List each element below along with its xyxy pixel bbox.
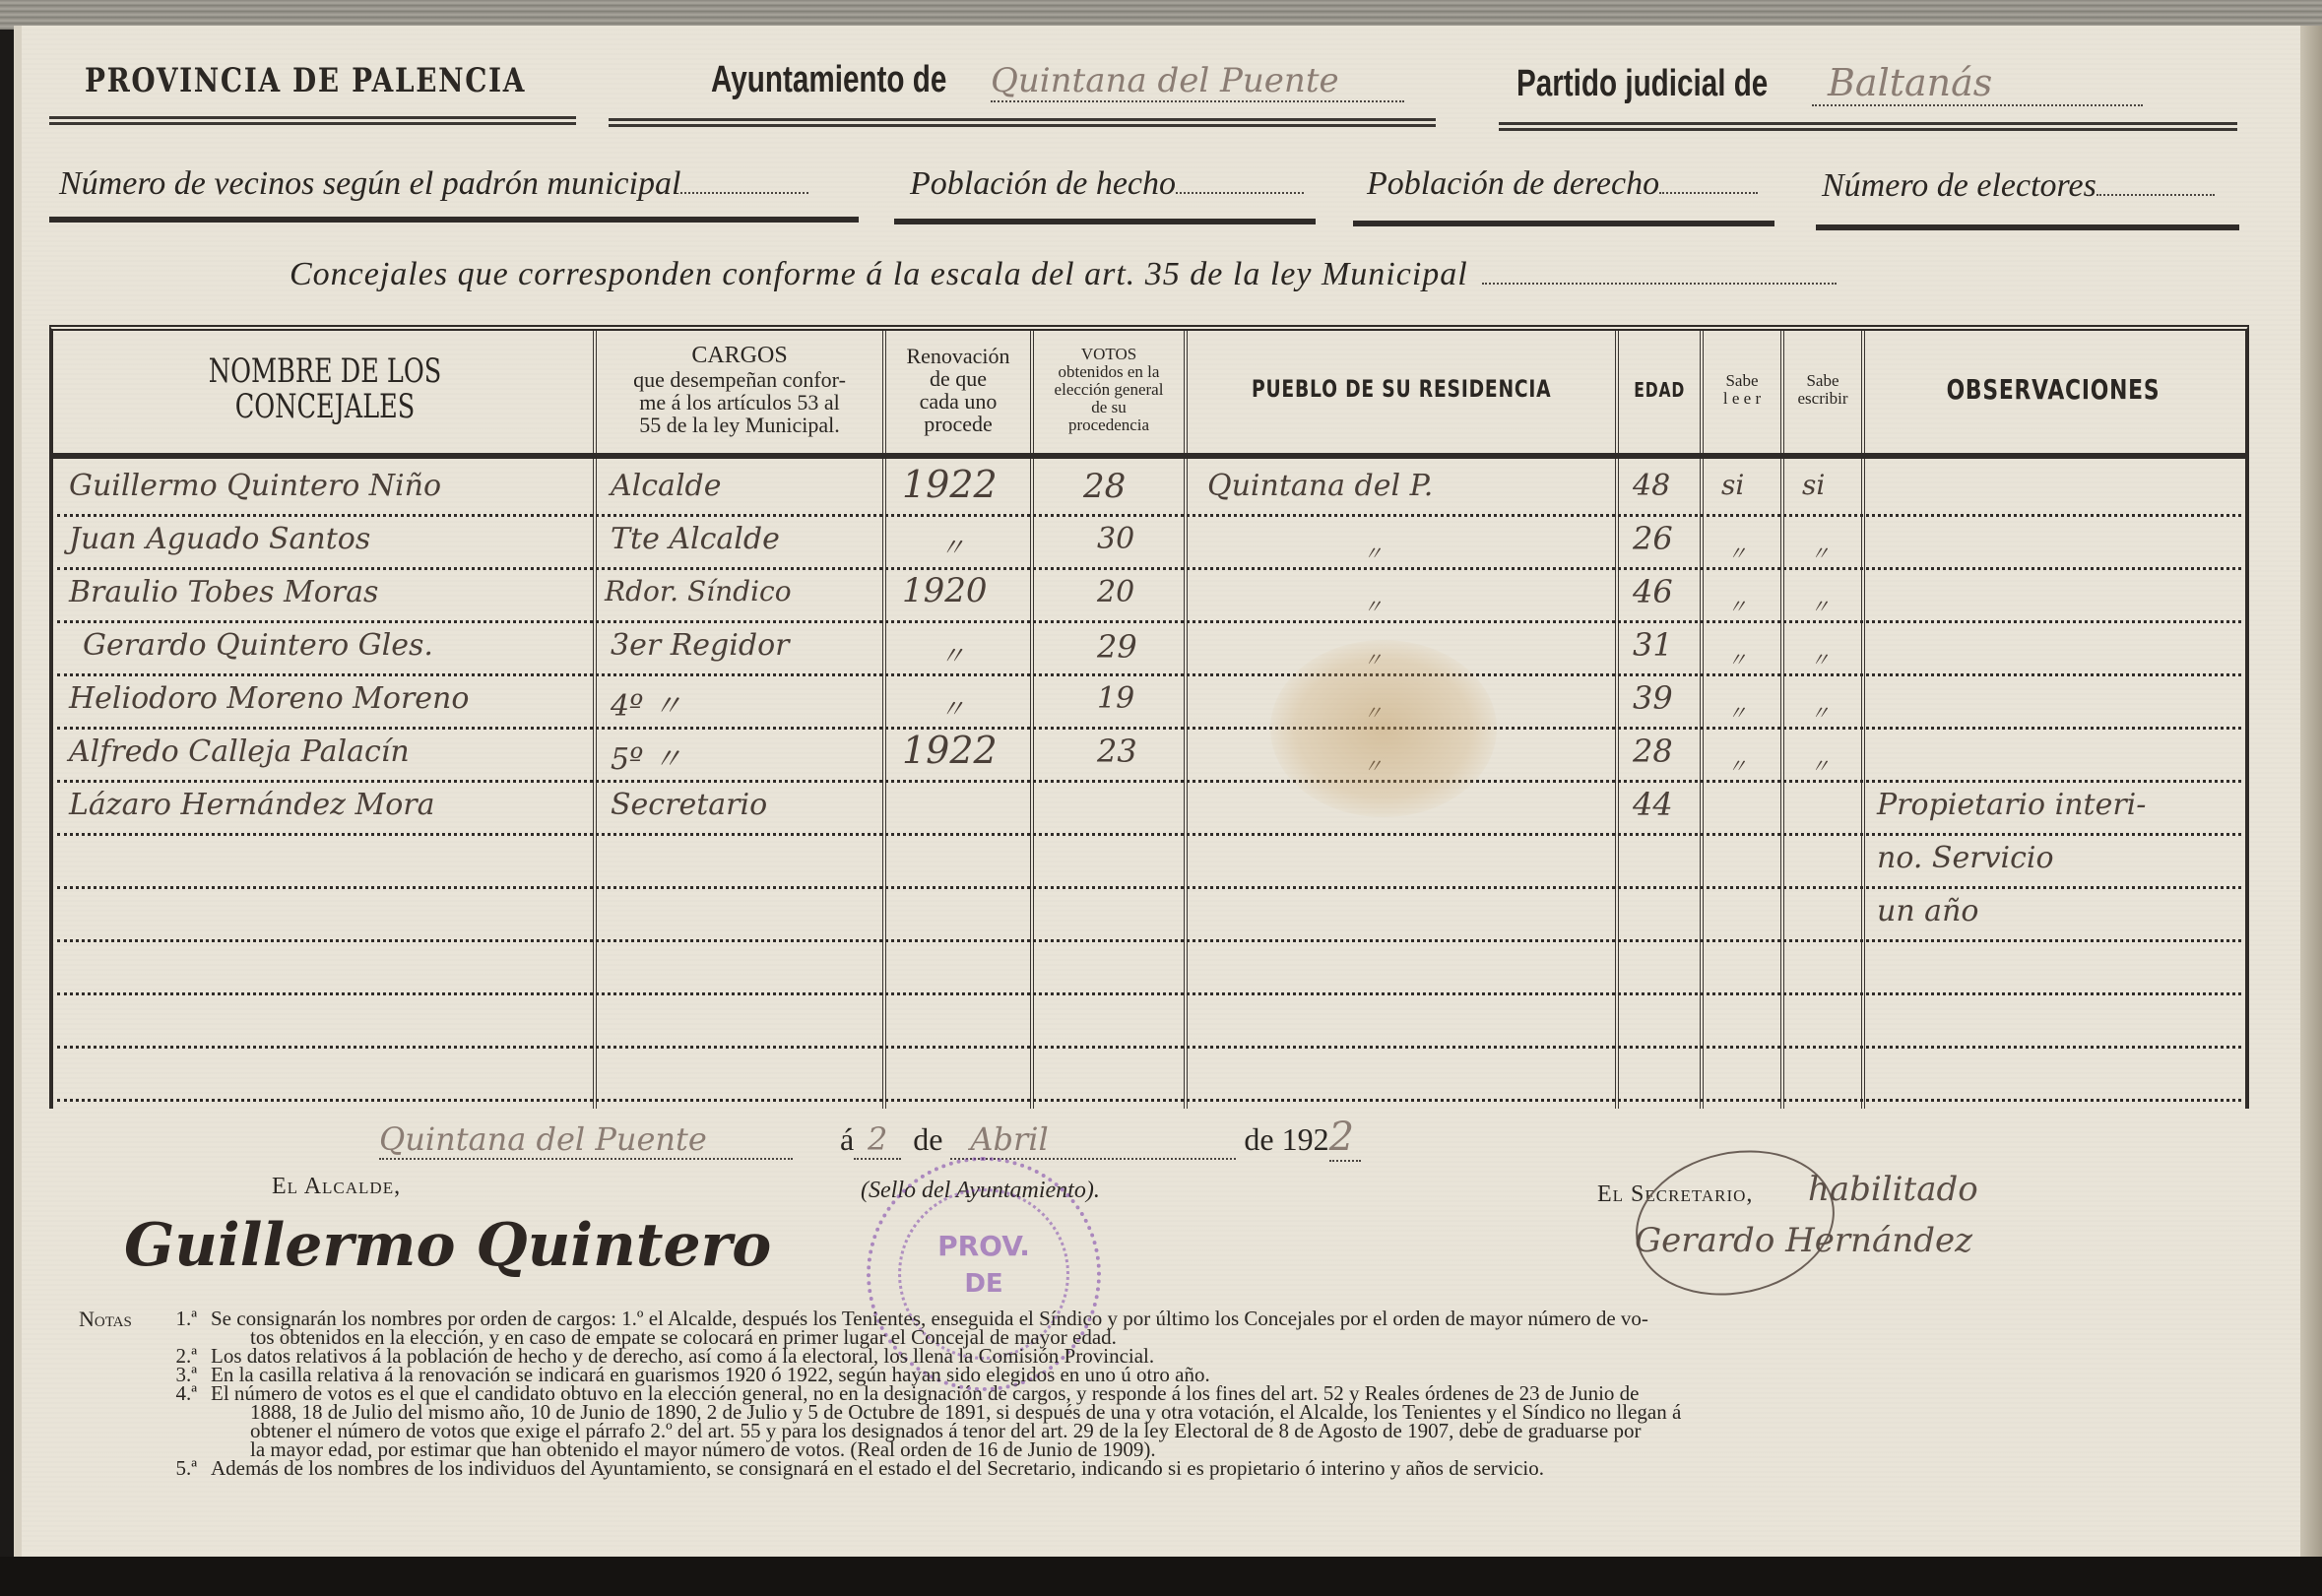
cell-pueblo[interactable]: 〃 xyxy=(1363,591,1383,619)
vecinos-field[interactable]: Número de vecinos según el padrón munici… xyxy=(59,165,808,203)
electores-field[interactable]: Número de electores xyxy=(1822,167,2215,205)
cell-pueblo[interactable]: Quintana del P. xyxy=(1207,469,1433,503)
divider xyxy=(1499,122,2237,131)
cell-observaciones[interactable]: Propietario interi- xyxy=(1877,788,2146,822)
cell-edad[interactable]: 44 xyxy=(1633,786,1673,823)
cell-leer[interactable]: si xyxy=(1721,469,1744,501)
secretario-signature-line1: habilitado xyxy=(1808,1170,1978,1209)
header-sabe-leer: Sabe l e e r xyxy=(1704,337,1780,443)
row-rule xyxy=(57,567,2241,570)
poblacion-hecho-value[interactable] xyxy=(1176,191,1304,194)
divider xyxy=(1353,221,1774,226)
vecinos-label: Número de vecinos según el padrón munici… xyxy=(59,165,680,203)
cell-nombre[interactable]: Juan Aguado Santos xyxy=(69,522,370,556)
header-renovacion: Renovación de que cada uno procede xyxy=(886,337,1030,443)
cell-nombre[interactable]: Heliodoro Moreno Moreno xyxy=(69,681,469,716)
row-rule xyxy=(57,833,2241,836)
cell-escribir[interactable]: 〃 xyxy=(1810,644,1830,672)
ayuntamiento-field[interactable]: Ayuntamiento de Quintana del Puente xyxy=(711,59,1404,102)
poblacion-hecho-field[interactable]: Población de hecho xyxy=(910,165,1304,203)
cell-renovacion[interactable]: 〃 xyxy=(939,528,965,564)
date-line: Quintana del Puente á 2 de Abril de 192 … xyxy=(379,1115,1361,1162)
cell-nombre[interactable]: Lázaro Hernández Mora xyxy=(69,788,435,822)
cell-votos[interactable]: 30 xyxy=(1097,522,1134,556)
cell-pueblo[interactable]: 〃 xyxy=(1363,538,1383,566)
cell-votos[interactable]: 29 xyxy=(1097,628,1137,666)
cell-renovacion[interactable]: 1920 xyxy=(902,571,988,610)
year-value[interactable]: 2 xyxy=(1329,1115,1361,1162)
concejales-table: NOMBRE DE LOS CONCEJALES CARGOS que dese… xyxy=(49,325,2249,1109)
poblacion-derecho-value[interactable] xyxy=(1659,191,1758,194)
cell-votos[interactable]: 28 xyxy=(1083,467,1126,506)
concejales-field[interactable]: Concejales que corresponden conforme á l… xyxy=(290,256,1837,293)
poblacion-hecho-label: Población de hecho xyxy=(910,165,1176,203)
cell-observaciones[interactable]: un año xyxy=(1877,894,1978,928)
divider xyxy=(894,219,1316,224)
divider xyxy=(49,116,576,125)
partido-value[interactable]: Baltanás xyxy=(1812,61,2143,106)
cell-leer[interactable]: 〃 xyxy=(1727,644,1747,672)
cell-nombre[interactable]: Braulio Tobes Moras xyxy=(69,575,378,609)
notes-label: Notas xyxy=(79,1309,132,1328)
notes-section: Notas 1.ª Se consignarán los nombres por… xyxy=(79,1309,2245,1478)
cell-nombre[interactable]: Alfredo Calleja Palacín xyxy=(69,734,410,769)
cell-edad[interactable]: 28 xyxy=(1633,733,1673,770)
row-rule xyxy=(57,780,2241,783)
cell-escribir[interactable]: 〃 xyxy=(1810,697,1830,726)
cell-renovacion[interactable]: 〃 xyxy=(939,636,965,672)
row-rule xyxy=(57,992,2241,995)
provincia-title: PROVINCIA DE PALENCIA xyxy=(85,61,622,100)
header-cargos: CARGOS que desempeñan confor- me á los a… xyxy=(597,337,882,443)
concejales-value[interactable] xyxy=(1482,282,1837,285)
cell-nombre[interactable]: Gerardo Quintero Gles. xyxy=(83,628,433,663)
cell-cargo[interactable]: Rdor. Síndico xyxy=(605,575,792,607)
electores-value[interactable] xyxy=(2096,193,2215,196)
row-rule xyxy=(57,620,2241,623)
cell-cargo[interactable]: Tte Alcalde xyxy=(611,522,780,556)
partido-field[interactable]: Partido judicial de Baltanás xyxy=(1516,61,2143,106)
row-rule xyxy=(57,1046,2241,1049)
cell-edad[interactable]: 48 xyxy=(1633,469,1670,503)
vecinos-value[interactable] xyxy=(680,191,808,194)
cell-escribir[interactable]: si xyxy=(1802,469,1825,501)
water-stain xyxy=(1270,640,1497,817)
cell-edad[interactable]: 26 xyxy=(1633,520,1673,557)
cell-cargo[interactable]: 4º 〃 xyxy=(611,681,682,725)
header-votos: VOTOS obtenidos en la elección general d… xyxy=(1034,337,1184,443)
page-edge xyxy=(2300,26,2322,1566)
day-value[interactable]: 2 xyxy=(854,1120,901,1160)
ayuntamiento-value[interactable]: Quintana del Puente xyxy=(991,61,1404,102)
cell-edad[interactable]: 39 xyxy=(1633,679,1673,717)
row-rule xyxy=(57,673,2241,676)
cell-leer[interactable]: 〃 xyxy=(1727,538,1747,566)
header-observaciones: OBSERVACIONES xyxy=(1865,337,2241,443)
header-nombre: NOMBRE DE LOS CONCEJALES xyxy=(57,337,593,443)
cell-votos[interactable]: 23 xyxy=(1097,733,1137,770)
poblacion-derecho-field[interactable]: Población de derecho xyxy=(1367,165,1758,203)
cell-renovacion[interactable]: 〃 xyxy=(939,689,965,726)
note-item: 1.ª Se consignarán los nombres por orden… xyxy=(148,1309,2245,1347)
cell-nombre[interactable]: Guillermo Quintero Niño xyxy=(69,469,441,503)
alcalde-label: El Alcalde, xyxy=(272,1174,401,1200)
cell-edad[interactable]: 46 xyxy=(1633,573,1673,610)
header-edad: EDAD xyxy=(1619,337,1700,443)
month-value[interactable]: Abril xyxy=(950,1120,1236,1160)
cell-renovacion[interactable]: 1922 xyxy=(902,463,998,506)
divider xyxy=(609,118,1436,127)
divider xyxy=(1816,224,2239,230)
header-rule xyxy=(53,453,2245,459)
row-rule xyxy=(57,514,2241,517)
ayuntamiento-label: Ayuntamiento de xyxy=(711,59,934,101)
cell-renovacion[interactable]: 1922 xyxy=(902,729,998,772)
electores-label: Número de electores xyxy=(1822,167,2096,205)
poblacion-derecho-label: Población de derecho xyxy=(1367,165,1659,203)
alcalde-signature: Guillermo Quintero xyxy=(124,1211,771,1280)
cell-votos[interactable]: 20 xyxy=(1097,575,1134,609)
cell-cargo[interactable]: 5º 〃 xyxy=(611,734,682,778)
note-item: 5.ª Además de los nombres de los individ… xyxy=(148,1459,2245,1478)
secretario-signature-line2: Gerardo Hernández xyxy=(1635,1221,1972,1260)
background-surface xyxy=(0,1557,2322,1596)
place-value[interactable]: Quintana del Puente xyxy=(379,1120,793,1160)
concejales-label: Concejales que corresponden conforme á l… xyxy=(290,256,1468,293)
cell-cargo[interactable]: 3er Regidor xyxy=(611,628,789,663)
header-pueblo: PUEBLO DE SU RESIDENCIA xyxy=(1188,337,1615,443)
note-item: 4.ª El número de votos es el que el cand… xyxy=(148,1384,2245,1459)
cell-escribir[interactable]: 〃 xyxy=(1810,750,1830,779)
row-rule xyxy=(57,727,2241,730)
cell-observaciones[interactable]: no. Servicio xyxy=(1877,841,2054,875)
divider xyxy=(49,217,859,223)
cell-escribir[interactable]: 〃 xyxy=(1810,591,1830,619)
row-rule xyxy=(57,886,2241,889)
row-rule xyxy=(57,939,2241,942)
cell-edad[interactable]: 31 xyxy=(1633,626,1673,664)
cell-leer[interactable]: 〃 xyxy=(1727,591,1747,619)
header-sabe-escribir: Sabe escribir xyxy=(1784,337,1861,443)
cell-escribir[interactable]: 〃 xyxy=(1810,538,1830,566)
cell-leer[interactable]: 〃 xyxy=(1727,750,1747,779)
partido-label: Partido judicial de xyxy=(1516,63,1747,105)
cell-cargo[interactable]: Secretario xyxy=(611,788,767,822)
cell-votos[interactable]: 19 xyxy=(1097,681,1134,716)
cell-leer[interactable]: 〃 xyxy=(1727,697,1747,726)
cell-cargo[interactable]: Alcalde xyxy=(611,469,722,503)
row-rule xyxy=(57,1099,2241,1102)
